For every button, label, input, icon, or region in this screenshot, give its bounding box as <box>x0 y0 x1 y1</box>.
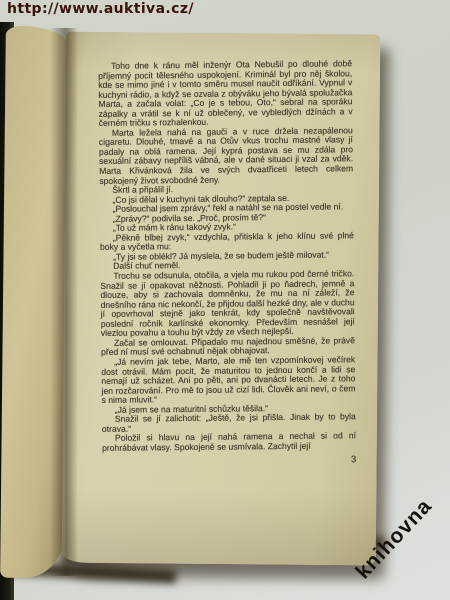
book-page: Toho dne k ránu měl inženýr Ota Nebušil … <box>62 32 381 566</box>
page-number: 3 <box>102 456 356 468</box>
paragraph: Položil si hlavu na její nahá ramena a n… <box>102 432 356 454</box>
paragraph: „Já nevím jak tebe, Marto, ale mě ten vz… <box>101 355 355 405</box>
auction-site-url-watermark: http://www.auktiva.cz/ <box>7 1 194 17</box>
page-text-block: Toho dne k ránu měl inženýr Ota Nebušil … <box>98 59 356 468</box>
left-page-curved <box>0 26 70 579</box>
paragraph: Trochu se odsunula, otočila, a vjela mu … <box>100 269 355 338</box>
paragraph: Toho dne k ránu měl inženýr Ota Nebušil … <box>98 59 353 128</box>
paragraph: Marta ležela nahá na gauči a v ruce drže… <box>99 126 354 186</box>
book-photo-scene: http://www.auktiva.cz/ Toho dne k ránu m… <box>0 0 450 600</box>
